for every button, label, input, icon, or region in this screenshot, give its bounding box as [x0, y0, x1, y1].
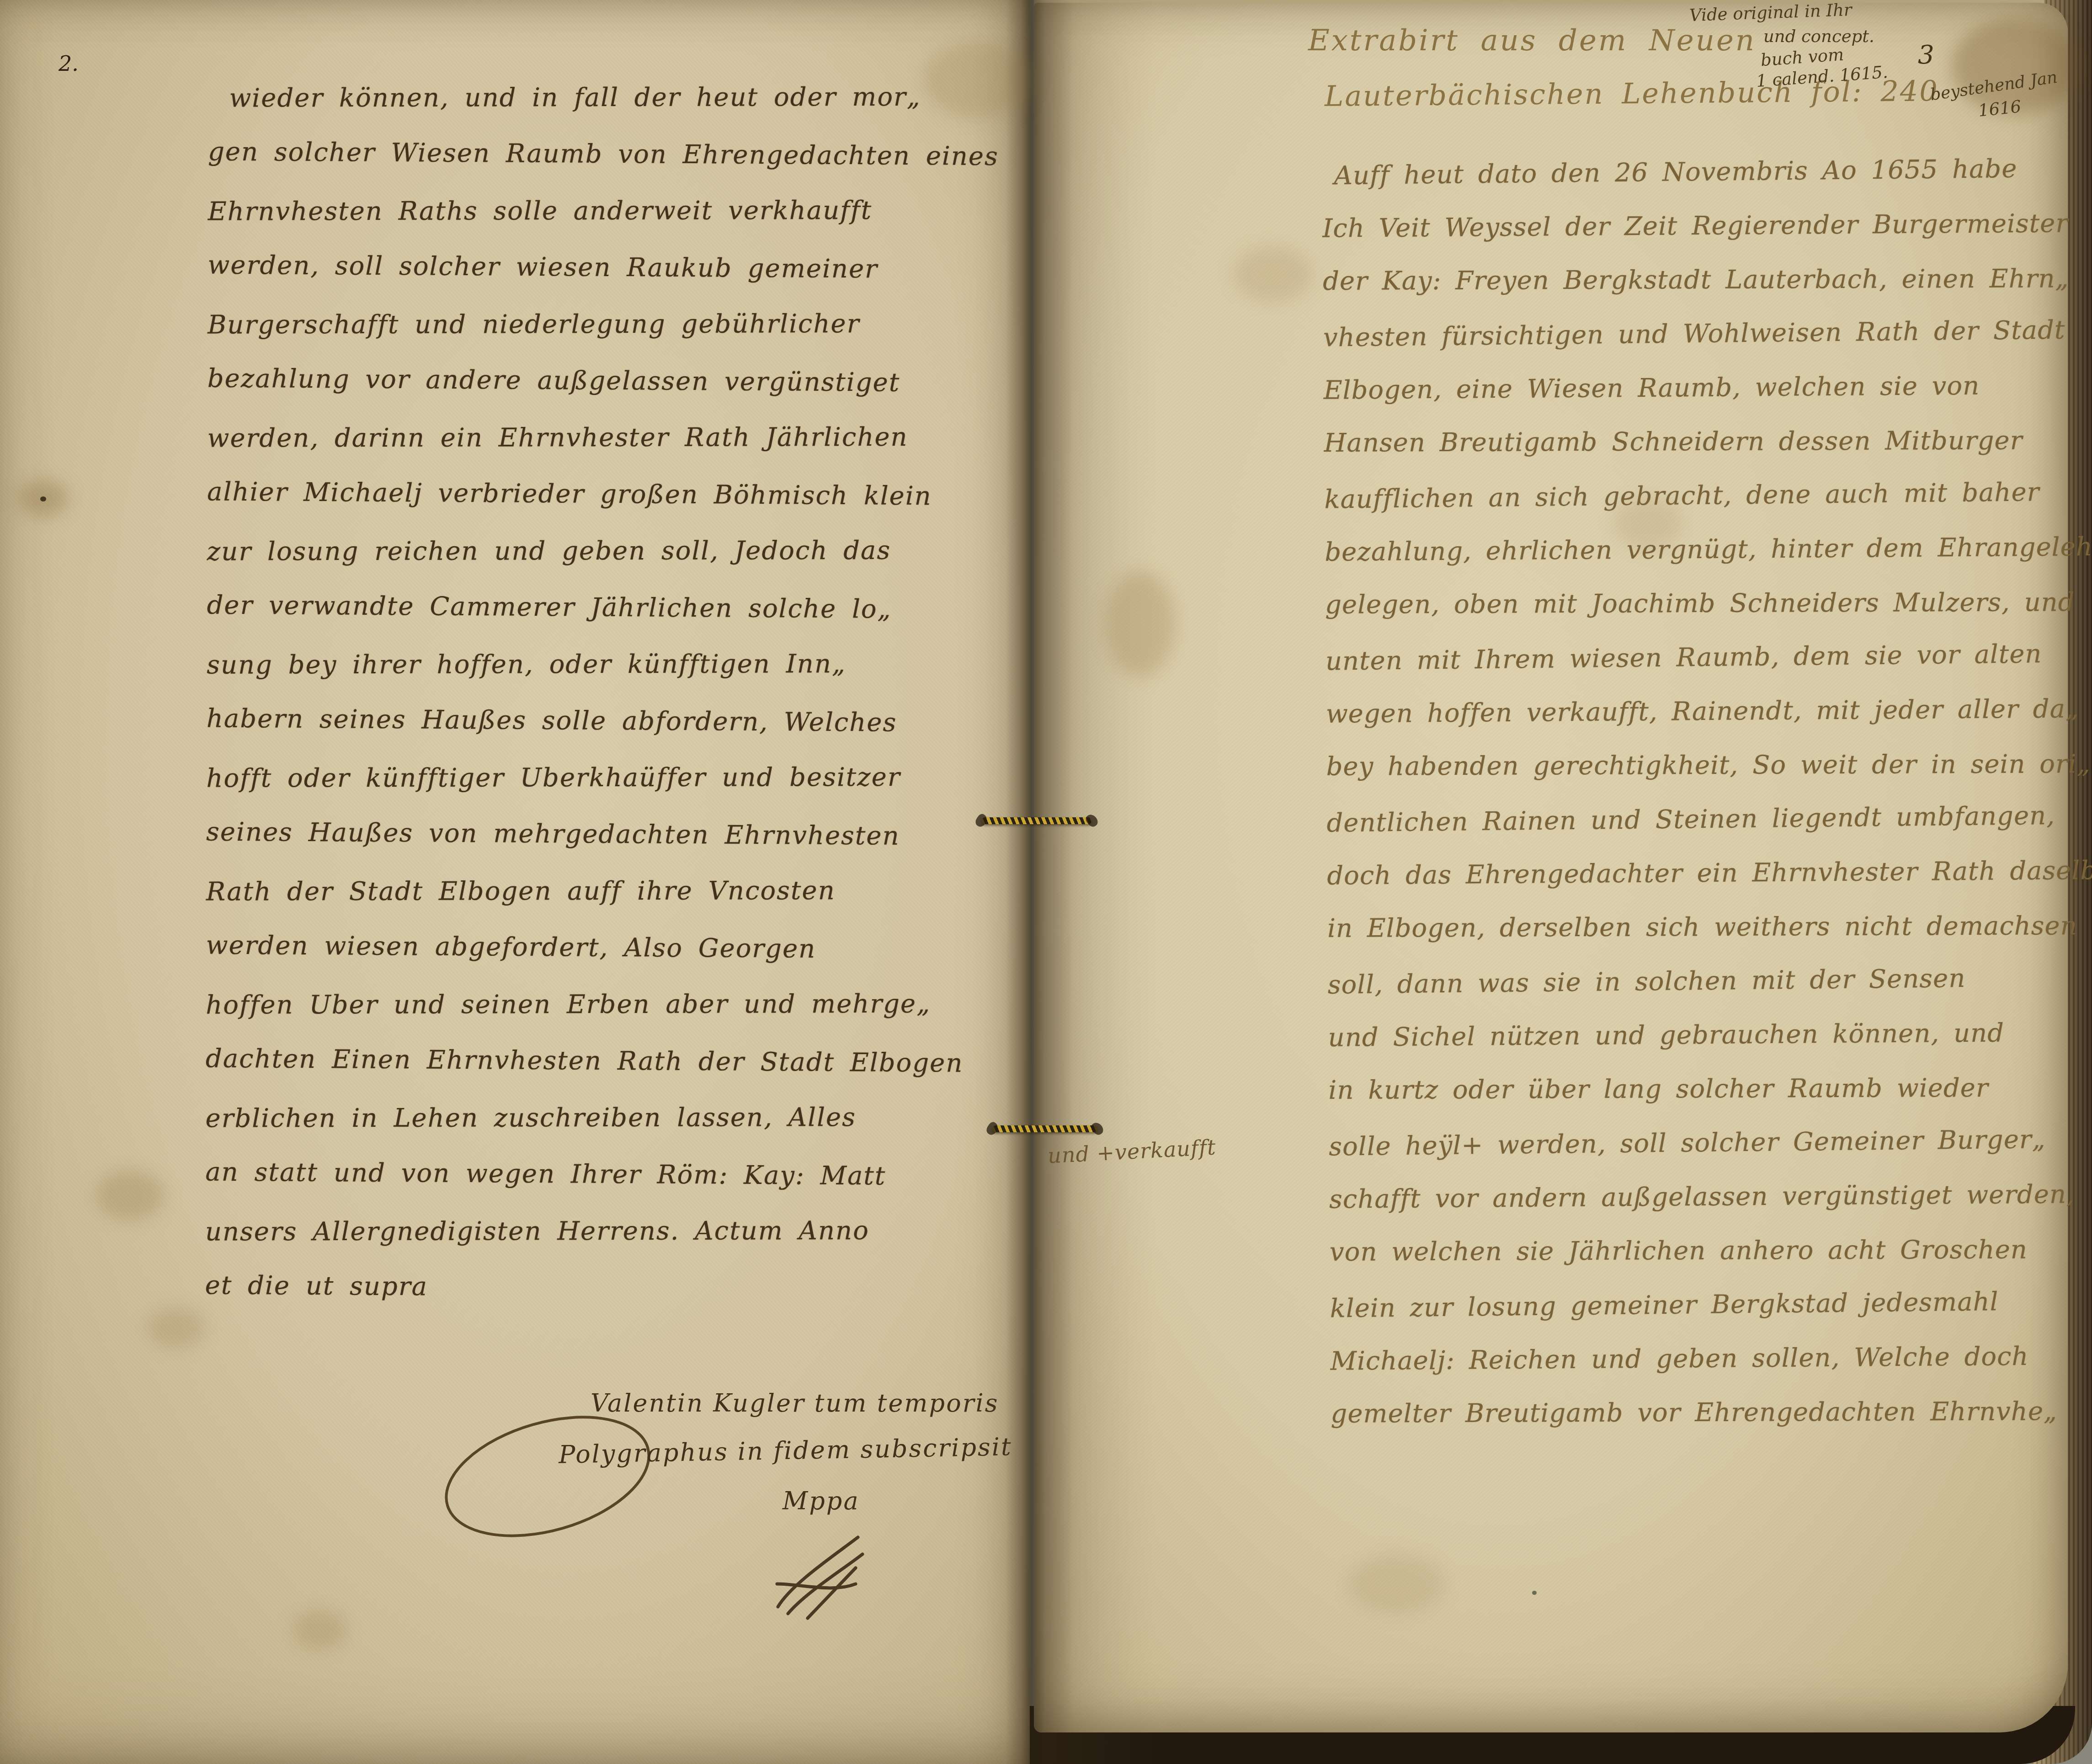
corner-note-line: und concept. [1763, 27, 1874, 46]
handwriting-line: alhier Michaelj verbrieder großen Böhmis… [207, 464, 1028, 526]
handwriting-line: Ehrnvhesten Raths solle anderweit verkha… [208, 182, 1028, 240]
paraph-mark [764, 1529, 874, 1625]
handwriting-line: sung bey ihrer hoffen, oder künfftigen I… [207, 635, 1027, 693]
handwriting-line: bey habenden gerechtigkheit, So weit der… [1326, 737, 2076, 794]
handwriting-line: Burgerschafft und niederlegung gebührlic… [208, 295, 1028, 353]
handwriting-line: werden, darinn ein Ehrnvhester Rath Jähr… [207, 409, 1027, 467]
handwriting-line: unsers Allergnedigisten Herrens. Actum A… [205, 1202, 1026, 1260]
handwriting-line: von welchen sie Jährlichen anhero acht G… [1330, 1223, 2079, 1279]
folio-number: 3 [1918, 40, 1934, 70]
handwriting-line: dachten Einen Ehrnvhesten Rath der Stadt… [206, 1031, 1027, 1093]
handwriting-line: und Sichel nützen und gebrauchen können,… [1328, 1006, 2078, 1065]
handwriting-line: schafft vor andern außgelassen vergünsti… [1329, 1167, 2079, 1226]
handwriting-line: solle heÿl+ werden, soll solcher Gemeine… [1329, 1112, 2079, 1174]
handwriting-line: unten mit Ihrem wiesen Raumb, dem sie vo… [1325, 627, 2075, 688]
handwriting-line: Ich Veit Weyssel der Zeit Regierender Bu… [1322, 197, 2072, 256]
handwriting-line: erblichen in Lehen zuschreiben lassen, A… [205, 1089, 1026, 1147]
handwriting-line: bezahlung vor andere außgelassen vergüns… [207, 351, 1028, 412]
handwriting-line: gen solcher Wiesen Raumb von Ehrengedach… [208, 124, 1029, 186]
handwriting-line: zur losung reichen und geben soll, Jedoc… [207, 522, 1027, 580]
handwriting-line: doch das Ehrengedachter ein Ehrnvhester … [1327, 844, 2077, 903]
handwriting-line: et die ut supra [205, 1258, 1026, 1319]
handwriting-line: in kurtz oder über lang solcher Raumb wi… [1328, 1061, 2078, 1118]
ink-speck [1532, 1591, 1537, 1595]
handwriting-line: soll, dann was sie in solchen mit der Se… [1327, 950, 2077, 1012]
manuscript-spread: 2. wieder können, und in fall der heut o… [0, 0, 2092, 1764]
handwriting-line: seines Haußes von mehrgedachten Ehrnvhes… [206, 804, 1027, 866]
signature-flourish [424, 1398, 680, 1553]
handwriting-line: Auff heut dato den 26 Novembris Ao 1655 … [1322, 141, 2072, 203]
handwriting-line: Michaelj: Reichen und geben sollen, Welc… [1330, 1329, 2080, 1388]
handwriting-line: wegen hoffen verkaufft, Rainendt, mit je… [1325, 682, 2076, 741]
extract-heading-line-1: Extrabirt aus dem Neuen [1308, 24, 1756, 58]
handwriting-line: hoffen Uber und seinen Erben aber und me… [206, 975, 1026, 1034]
handwriting-line: der Kay: Freyen Bergkstadt Lauterbach, e… [1323, 252, 2072, 309]
handwriting-line: an statt und von wegen Ihrer Röm: Kay: M… [205, 1144, 1026, 1206]
page-number: 2. [59, 51, 79, 76]
handwriting-line: bezahlung, ehrlichen vergnügt, hinter de… [1325, 520, 2075, 579]
handwriting-line: werden, soll solcher wiesen Raukub gemei… [208, 237, 1028, 299]
signature-manu-propria-mark: Mppa [783, 1487, 860, 1515]
handwriting-line: hofft oder künfftiger Uberkhaüffer und b… [206, 749, 1027, 807]
handwriting-line: Rath der Stadt Elbogen auff ihre Vncoste… [206, 862, 1027, 920]
right-page-text-block: Auff heut dato den 26 Novembris Ao 1655 … [1322, 143, 2081, 1442]
handwriting-line: gemelter Breutigamb vor Ehrengedachten E… [1331, 1385, 2080, 1441]
handwriting-line: habern seines Haußes solle abfordern, We… [206, 691, 1027, 752]
handwriting-line: der verwandte Cammerer Jährlichen solche… [207, 577, 1027, 639]
ink-speck [40, 496, 46, 501]
signature-name-line: Valentin Kugler tum temporis [591, 1389, 999, 1418]
handwriting-line: werden wiesen abgefordert, Also Georgen [206, 917, 1027, 979]
handwriting-line: Hansen Breutigamb Schneidern dessen Mitb… [1324, 414, 2073, 470]
handwriting-line: gelegen, oben mit Joachimb Schneiders Mu… [1325, 576, 2075, 632]
handwriting-line: Elbogen, eine Wiesen Raumb, welchen sie … [1323, 358, 2073, 417]
handwriting-line: dentlichen Rainen und Steinen liegendt u… [1326, 789, 2076, 850]
handwriting-line: in Elbogen, derselben sich weithers nich… [1327, 899, 2077, 956]
handwriting-line: wieder können, und in fall der heut oder… [208, 69, 1028, 127]
handwriting-line: klein zur losung gemeiner Bergkstad jede… [1330, 1274, 2080, 1336]
handwriting-line: vhesten fürsichtigen und Wohlweisen Rath… [1323, 303, 2073, 365]
handwriting-line: kaufflichen an sich gebracht, dene auch … [1324, 465, 2074, 527]
left-page-text-block: wieder können, und in fall der heut oder… [205, 69, 1028, 1318]
